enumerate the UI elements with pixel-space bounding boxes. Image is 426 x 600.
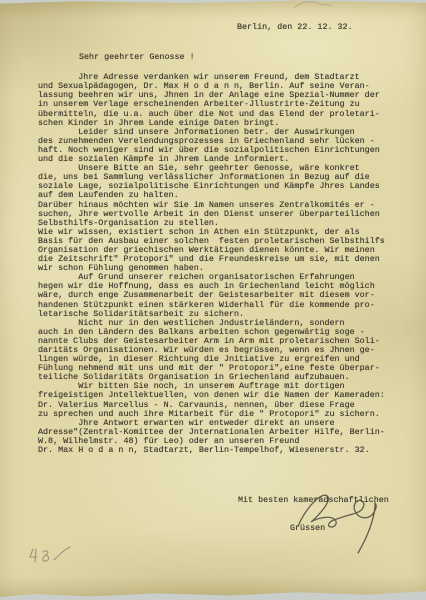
handwritten-signature-leo bbox=[292, 486, 392, 556]
salutation: Sehr geehrter Genosse ! bbox=[79, 53, 426, 62]
top-edge-mark bbox=[292, 0, 334, 10]
letter-body: Jhre Adresse verdanken wir unserem Freun… bbox=[38, 73, 426, 455]
letter-paper: Berlin, den 22. 12. 32. Sehr geehrter Ge… bbox=[0, 0, 426, 600]
scanned-letter: Berlin, den 22. 12. 32. Sehr geehrter Ge… bbox=[0, 0, 426, 600]
pencil-note bbox=[26, 543, 80, 569]
dateline: Berlin, den 22. 12. 32. bbox=[237, 23, 426, 32]
